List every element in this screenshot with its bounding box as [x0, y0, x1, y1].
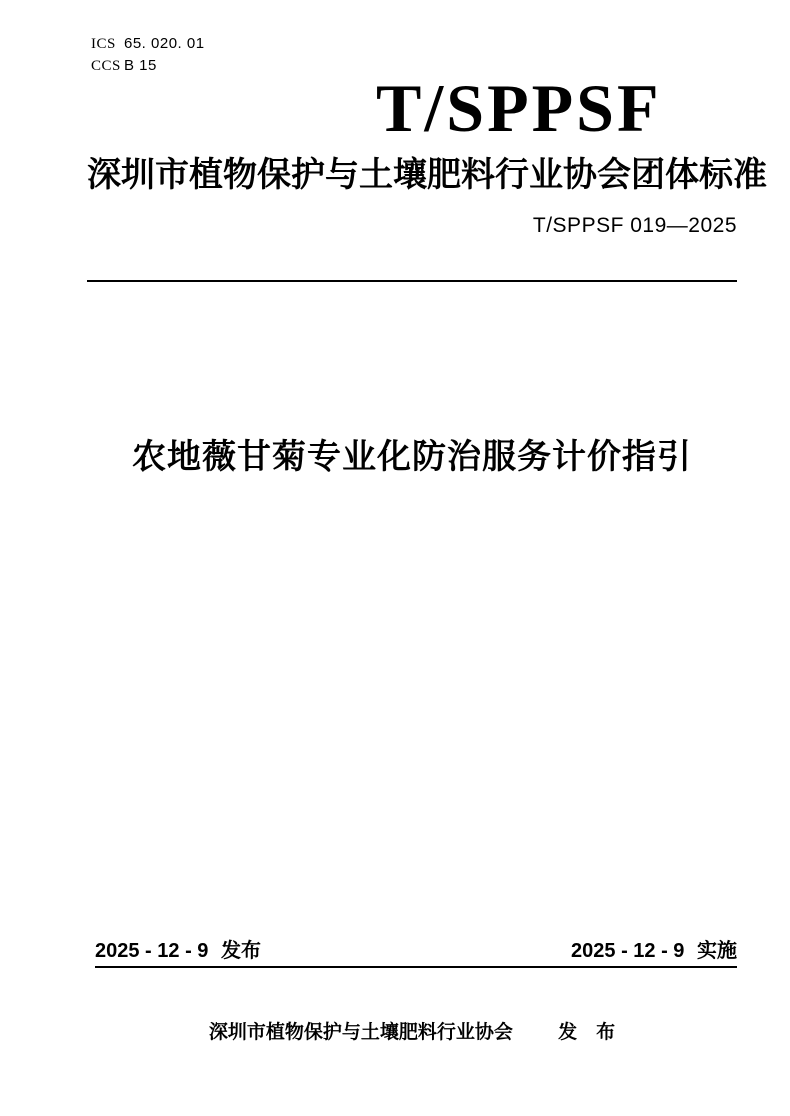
ccs-code-row: CCS B 15: [91, 55, 205, 77]
publisher-name: 深圳市植物保护与土壤肥料行业协会: [209, 1022, 513, 1043]
standard-body-logo: T/SPPSF: [376, 74, 662, 142]
ccs-label: CCS: [91, 55, 124, 77]
dates-row: 2025 - 12 - 9 发布 2025 - 12 - 9 实施: [95, 938, 737, 964]
implement-date-label: 实施: [697, 940, 737, 962]
org-standard-heading: 深圳市植物保护与土壤肥料行业协会团体标准: [87, 147, 737, 196]
document-number: T/SPPSF 019—2025: [533, 214, 737, 238]
footer-divider-rule: [95, 966, 737, 968]
header-divider-rule: [87, 280, 737, 282]
ics-label: ICS: [91, 33, 124, 55]
document-title: 农地薇甘菊专业化防治服务计价指引: [87, 429, 737, 478]
ics-code-row: ICS 65. 020. 01: [91, 33, 205, 55]
ics-value: 65. 020. 01: [124, 33, 205, 55]
implement-date-group: 2025 - 12 - 9 实施: [571, 938, 737, 964]
classification-codes: ICS 65. 020. 01 CCS B 15: [91, 33, 205, 77]
publish-date-label: 发布: [221, 940, 261, 962]
publisher-issued-label: 发 布: [558, 1022, 615, 1043]
implement-date: 2025 - 12 - 9: [571, 940, 684, 962]
publish-date: 2025 - 12 - 9: [95, 940, 208, 962]
standard-cover-page: ICS 65. 020. 01 CCS B 15 T/SPPSF 深圳市植物保护…: [0, 0, 790, 1116]
publisher-line: 深圳市植物保护与土壤肥料行业协会 发 布: [87, 1017, 737, 1044]
publish-date-group: 2025 - 12 - 9 发布: [95, 938, 261, 964]
ccs-value: B 15: [124, 55, 157, 77]
